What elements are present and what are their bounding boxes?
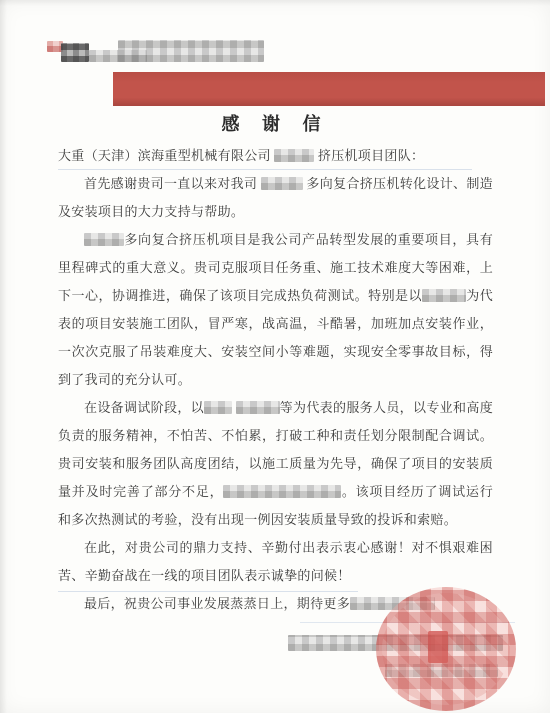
- letterhead-red-banner: [113, 72, 545, 106]
- scanned-letter-page: 感 谢 信 大重（天津）滨海重型机械有限公司 挤压机项目团队：首先感谢贵司一直以…: [0, 0, 550, 713]
- letter-title: 感 谢 信: [58, 110, 493, 136]
- scan-edge-shadow: [0, 0, 7, 713]
- redacted-text: [261, 177, 303, 190]
- paragraph: 在此，对贵公司的鼎力支持、辛勤付出表示衷心感谢！对不惧艰难困苦、辛勤奋战在一线的…: [58, 534, 493, 590]
- redacted-text: [422, 289, 466, 302]
- redacted-text: [236, 401, 280, 414]
- paragraph: 多向复合挤压机项目是我公司产品转型发展的重要项目，具有里程碑式的重大意义。贵司克…: [58, 226, 493, 394]
- paragraph: 大重（天津）滨海重型机械有限公司 挤压机项目团队：: [58, 142, 493, 170]
- company-name-redacted: [118, 40, 264, 62]
- scan-edge-shadow: [0, 0, 550, 6]
- paragraph: 在设备调试阶段，以 等为代表的服务人员，以专业和高度负责的服务精神，不怕苦、不怕…: [58, 394, 493, 534]
- redacted-text: [223, 485, 341, 498]
- company-seal-stamp: [376, 587, 516, 711]
- company-logo-redacted: [61, 43, 89, 62]
- redacted-text: [204, 401, 232, 414]
- redacted-text: [274, 149, 314, 162]
- paragraph: 首先感谢贵司一直以来对我司 多向复合挤压机转化设计、制造及安装项目的大力支持与帮…: [58, 170, 493, 226]
- redacted-text: [84, 233, 124, 246]
- letter-body: 大重（天津）滨海重型机械有限公司 挤压机项目团队：首先感谢贵司一直以来对我司 多…: [58, 142, 493, 618]
